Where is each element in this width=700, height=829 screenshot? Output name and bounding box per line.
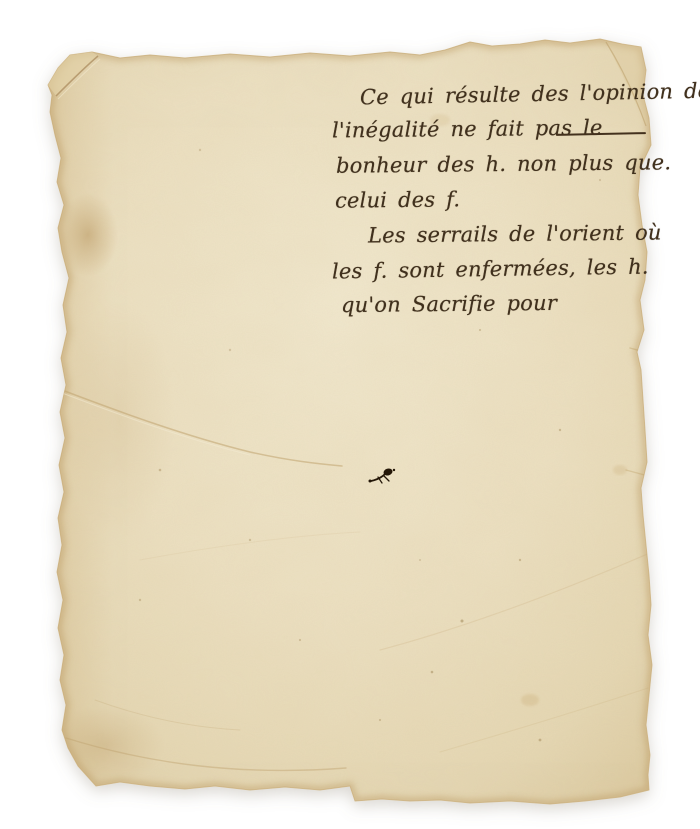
photo-background: Ce qui résulte des l'opinion de l'inégal…	[0, 0, 700, 829]
manuscript-photo	[0, 0, 700, 829]
